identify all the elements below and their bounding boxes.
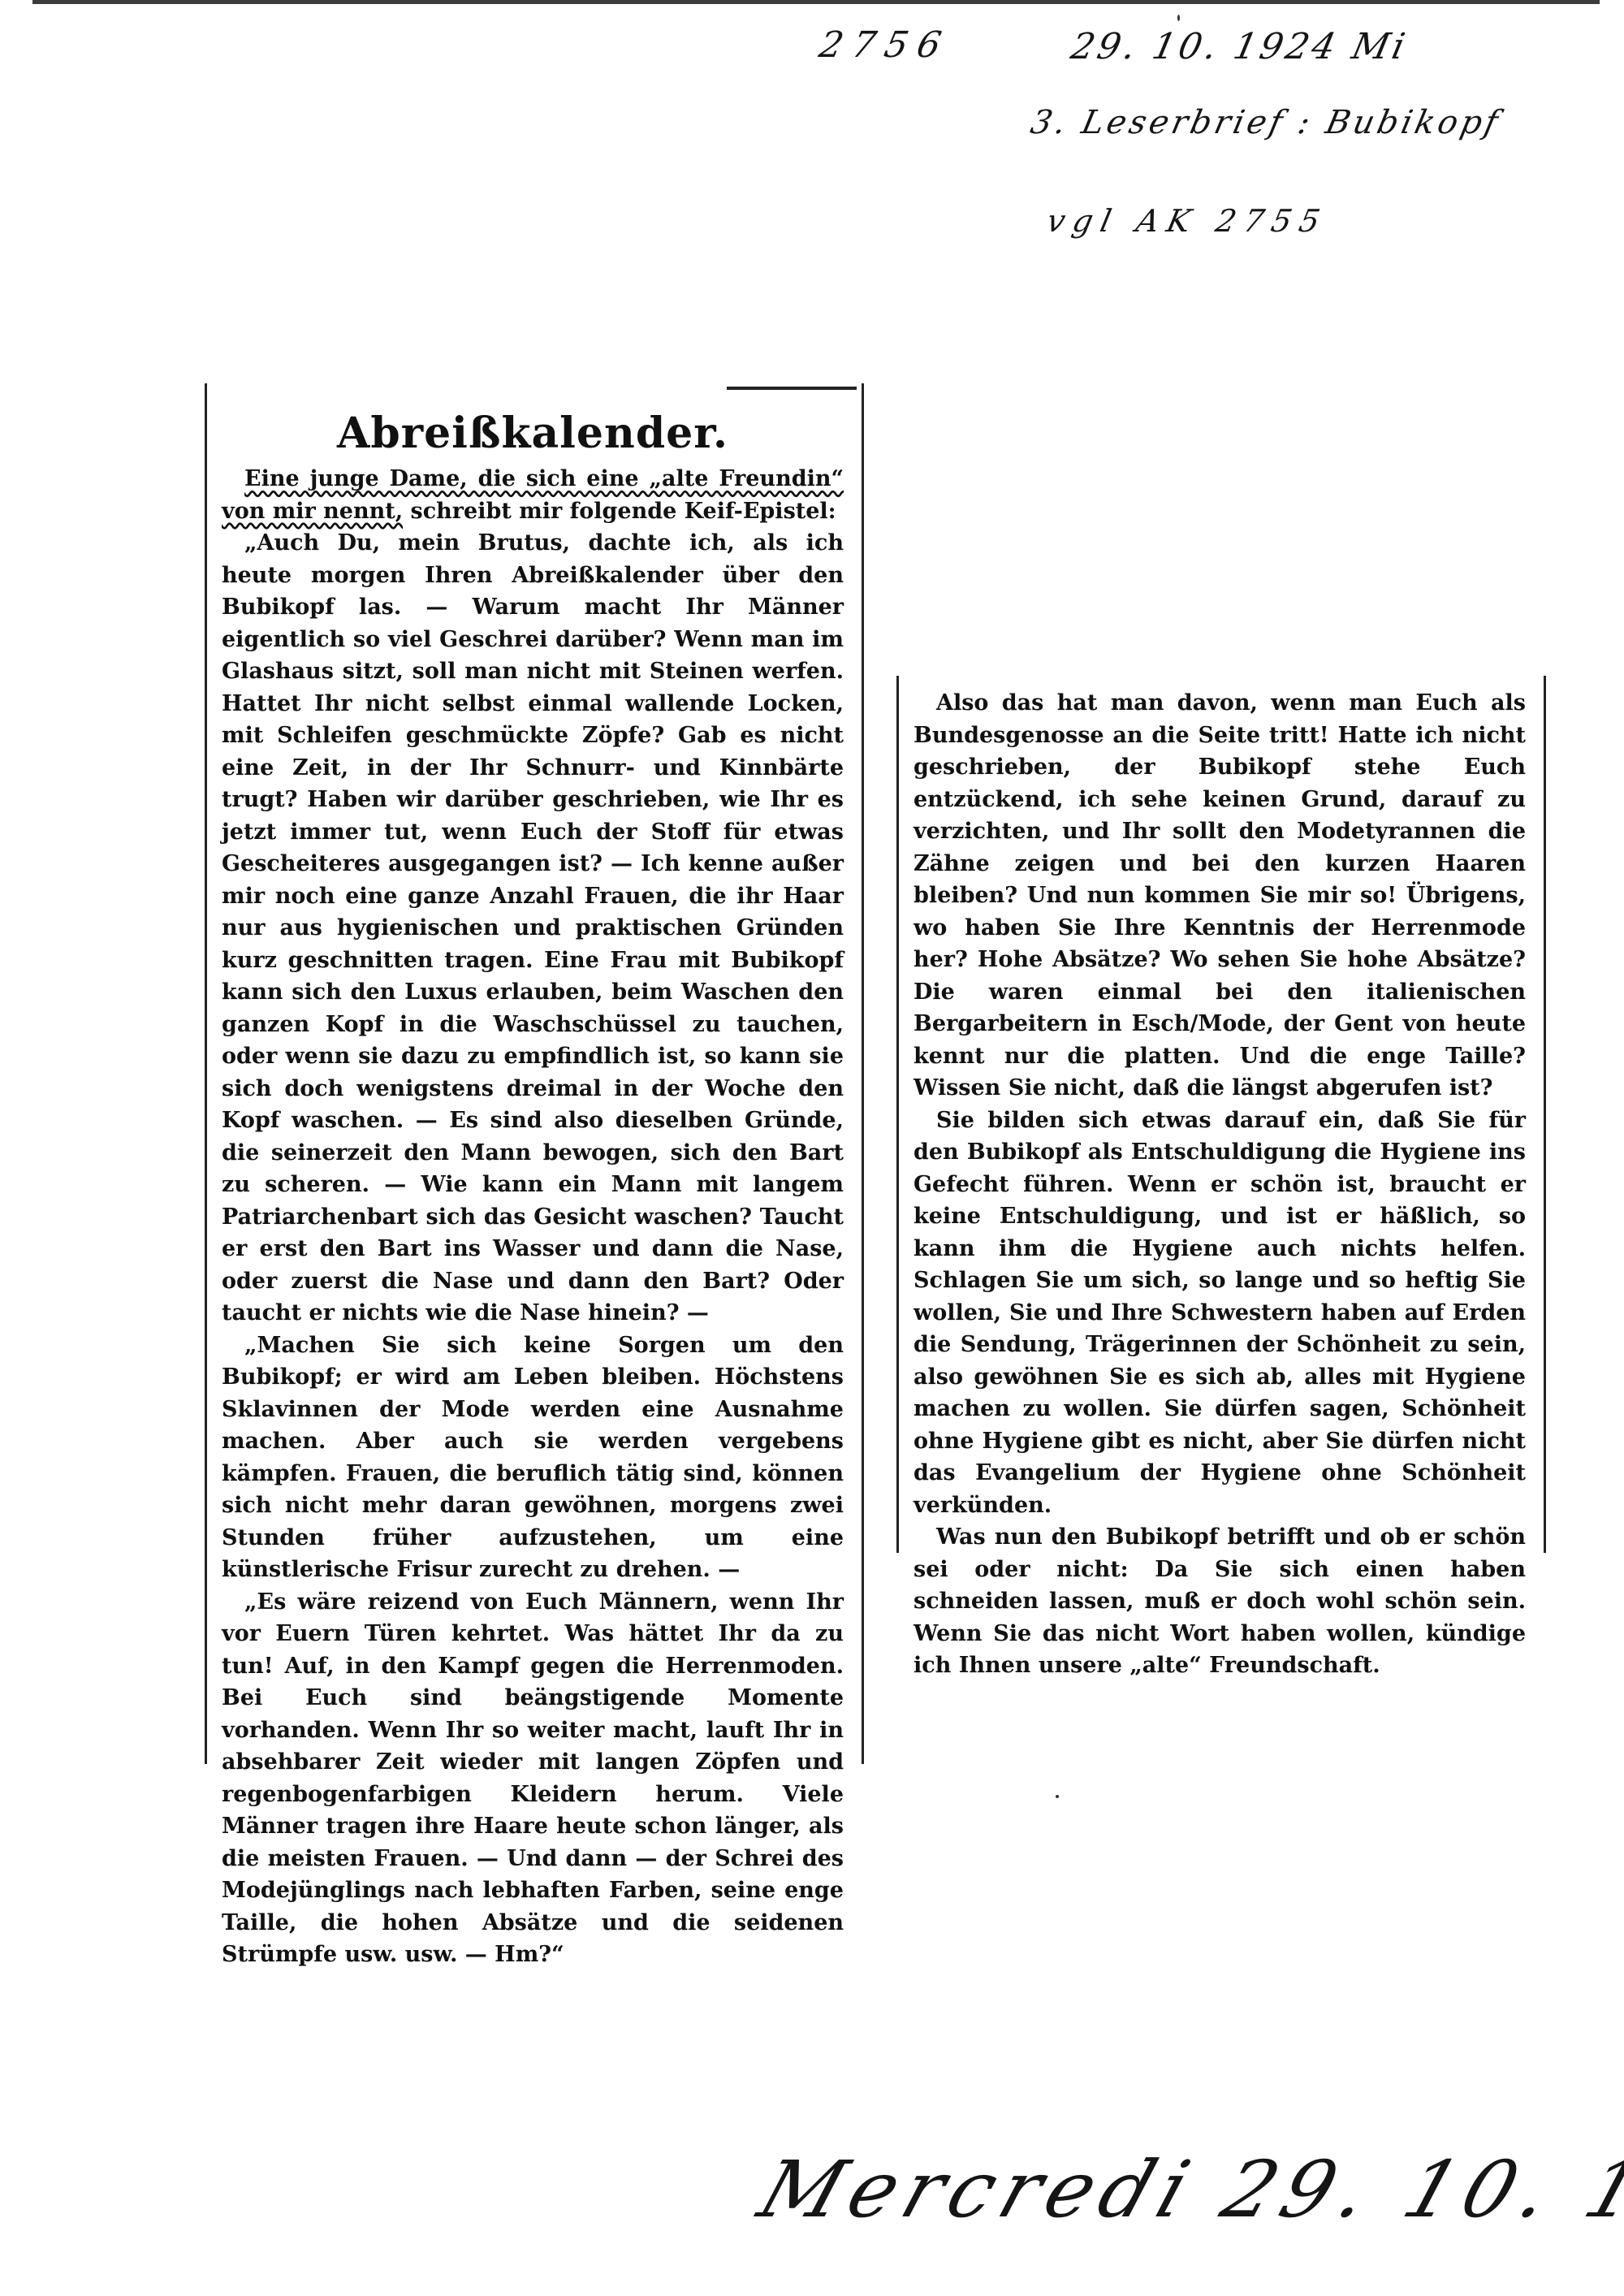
intro-text: schreibt mir folgende Keif-Epistel: [403,499,836,524]
date-annotation: 29. 10. 1924 Mi [1068,26,1412,67]
scan-speck [568,1787,572,1790]
footer-date-annotation: Mercredi 29. 10. 1924 [749,2144,1624,2235]
archive-number-annotation: 2756 [816,24,955,66]
letter-paragraph: „Auch Du, mein Brutus, dachte ich, als i… [222,527,844,1330]
article-column-right: Also das hat man davon, wenn man Euch al… [896,676,1546,1553]
letter-paragraph: „Es wäre reizend von Euch Männern, wenn … [222,1586,844,1971]
reference-annotation: vgl AK 2755 [1043,203,1331,239]
scan-speck [1056,1795,1059,1798]
scan-speck [1177,15,1180,21]
subject-annotation: 3. Leserbrief : Bubikopf [1027,104,1504,141]
letter-paragraph: „Machen Sie sich keine Sorgen um den Bub… [222,1330,844,1586]
reply-paragraph: Sie bilden sich etwas darauf ein, daß Si… [914,1105,1526,1522]
article-headline: Abreißkalender. [222,409,844,458]
article-column-left: Abreißkalender. Eine junge Dame, die sic… [205,383,864,1764]
scan-top-edge [32,0,1600,4]
column-rule [727,387,857,390]
reply-paragraph: Was nun den Bubikopf betrifft und ob er … [914,1521,1526,1682]
reply-paragraph: Also das hat man davon, wenn man Euch al… [914,687,1526,1105]
article-intro: Eine junge Dame, die sich eine „alte Fre… [222,463,844,527]
